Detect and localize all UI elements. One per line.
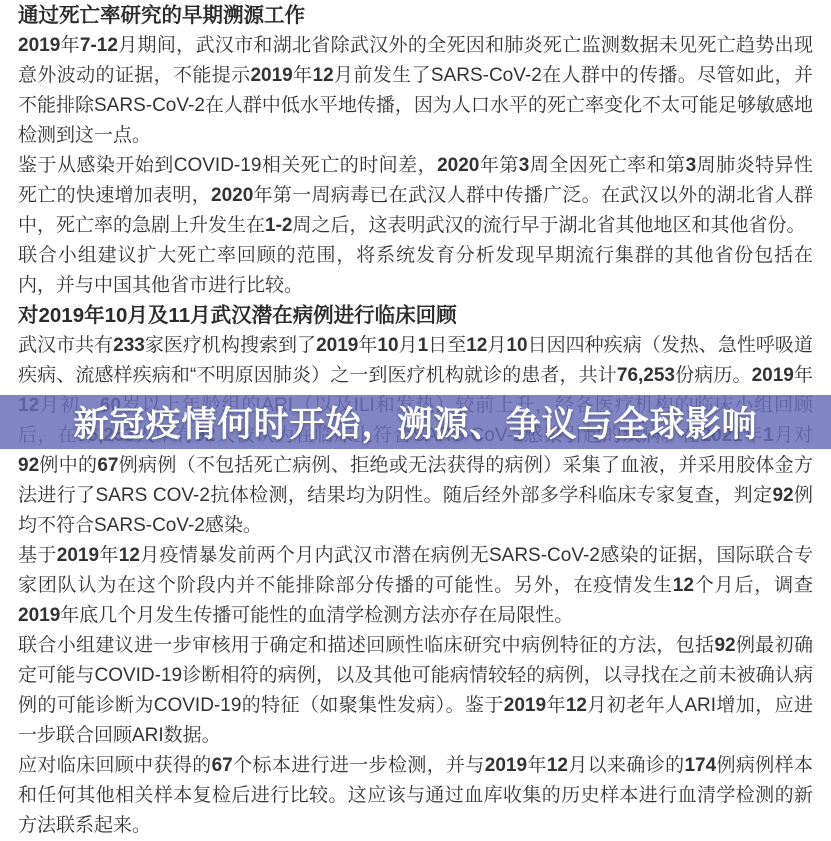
section-heading: 对2019年10月及11月武汉潜在病例进行临床回顾 xyxy=(18,301,813,331)
paragraph: 基于2019年12月疫情暴发前两个月内武汉市潜在病例无SARS-CoV-2感染的… xyxy=(18,541,813,631)
article-body: 通过死亡率研究的早期溯源工作2019年7-12月期间，武汉市和湖北省除武汉外的全… xyxy=(0,0,831,841)
paragraph: 鉴于从感染开始到COVID-19相关死亡的时间差，2020年第3周全因死亡率和第… xyxy=(18,151,813,241)
section-heading: 通过死亡率研究的早期溯源工作 xyxy=(18,1,813,31)
paragraph: 武汉市共有233家医疗机构搜索到了2019年10月1日至12月10日因四种疾病（… xyxy=(18,331,813,541)
paragraph: 2019年7-12月期间，武汉市和湖北省除武汉外的全死因和肺炎死亡监测数据未见死… xyxy=(18,31,813,151)
paragraph: 联合小组建议扩大死亡率回顾的范围，将系统发育分析发现早期流行集群的其他省份包括在… xyxy=(18,241,813,301)
paragraph: 联合小组建议进一步审核用于确定和描述回顾性临床研究中病例特征的方法，包括92例最… xyxy=(18,631,813,751)
paragraph: 应对临床回顾中获得的67个标本进行进一步检测，并与2019年12月以来确诊的17… xyxy=(18,751,813,841)
